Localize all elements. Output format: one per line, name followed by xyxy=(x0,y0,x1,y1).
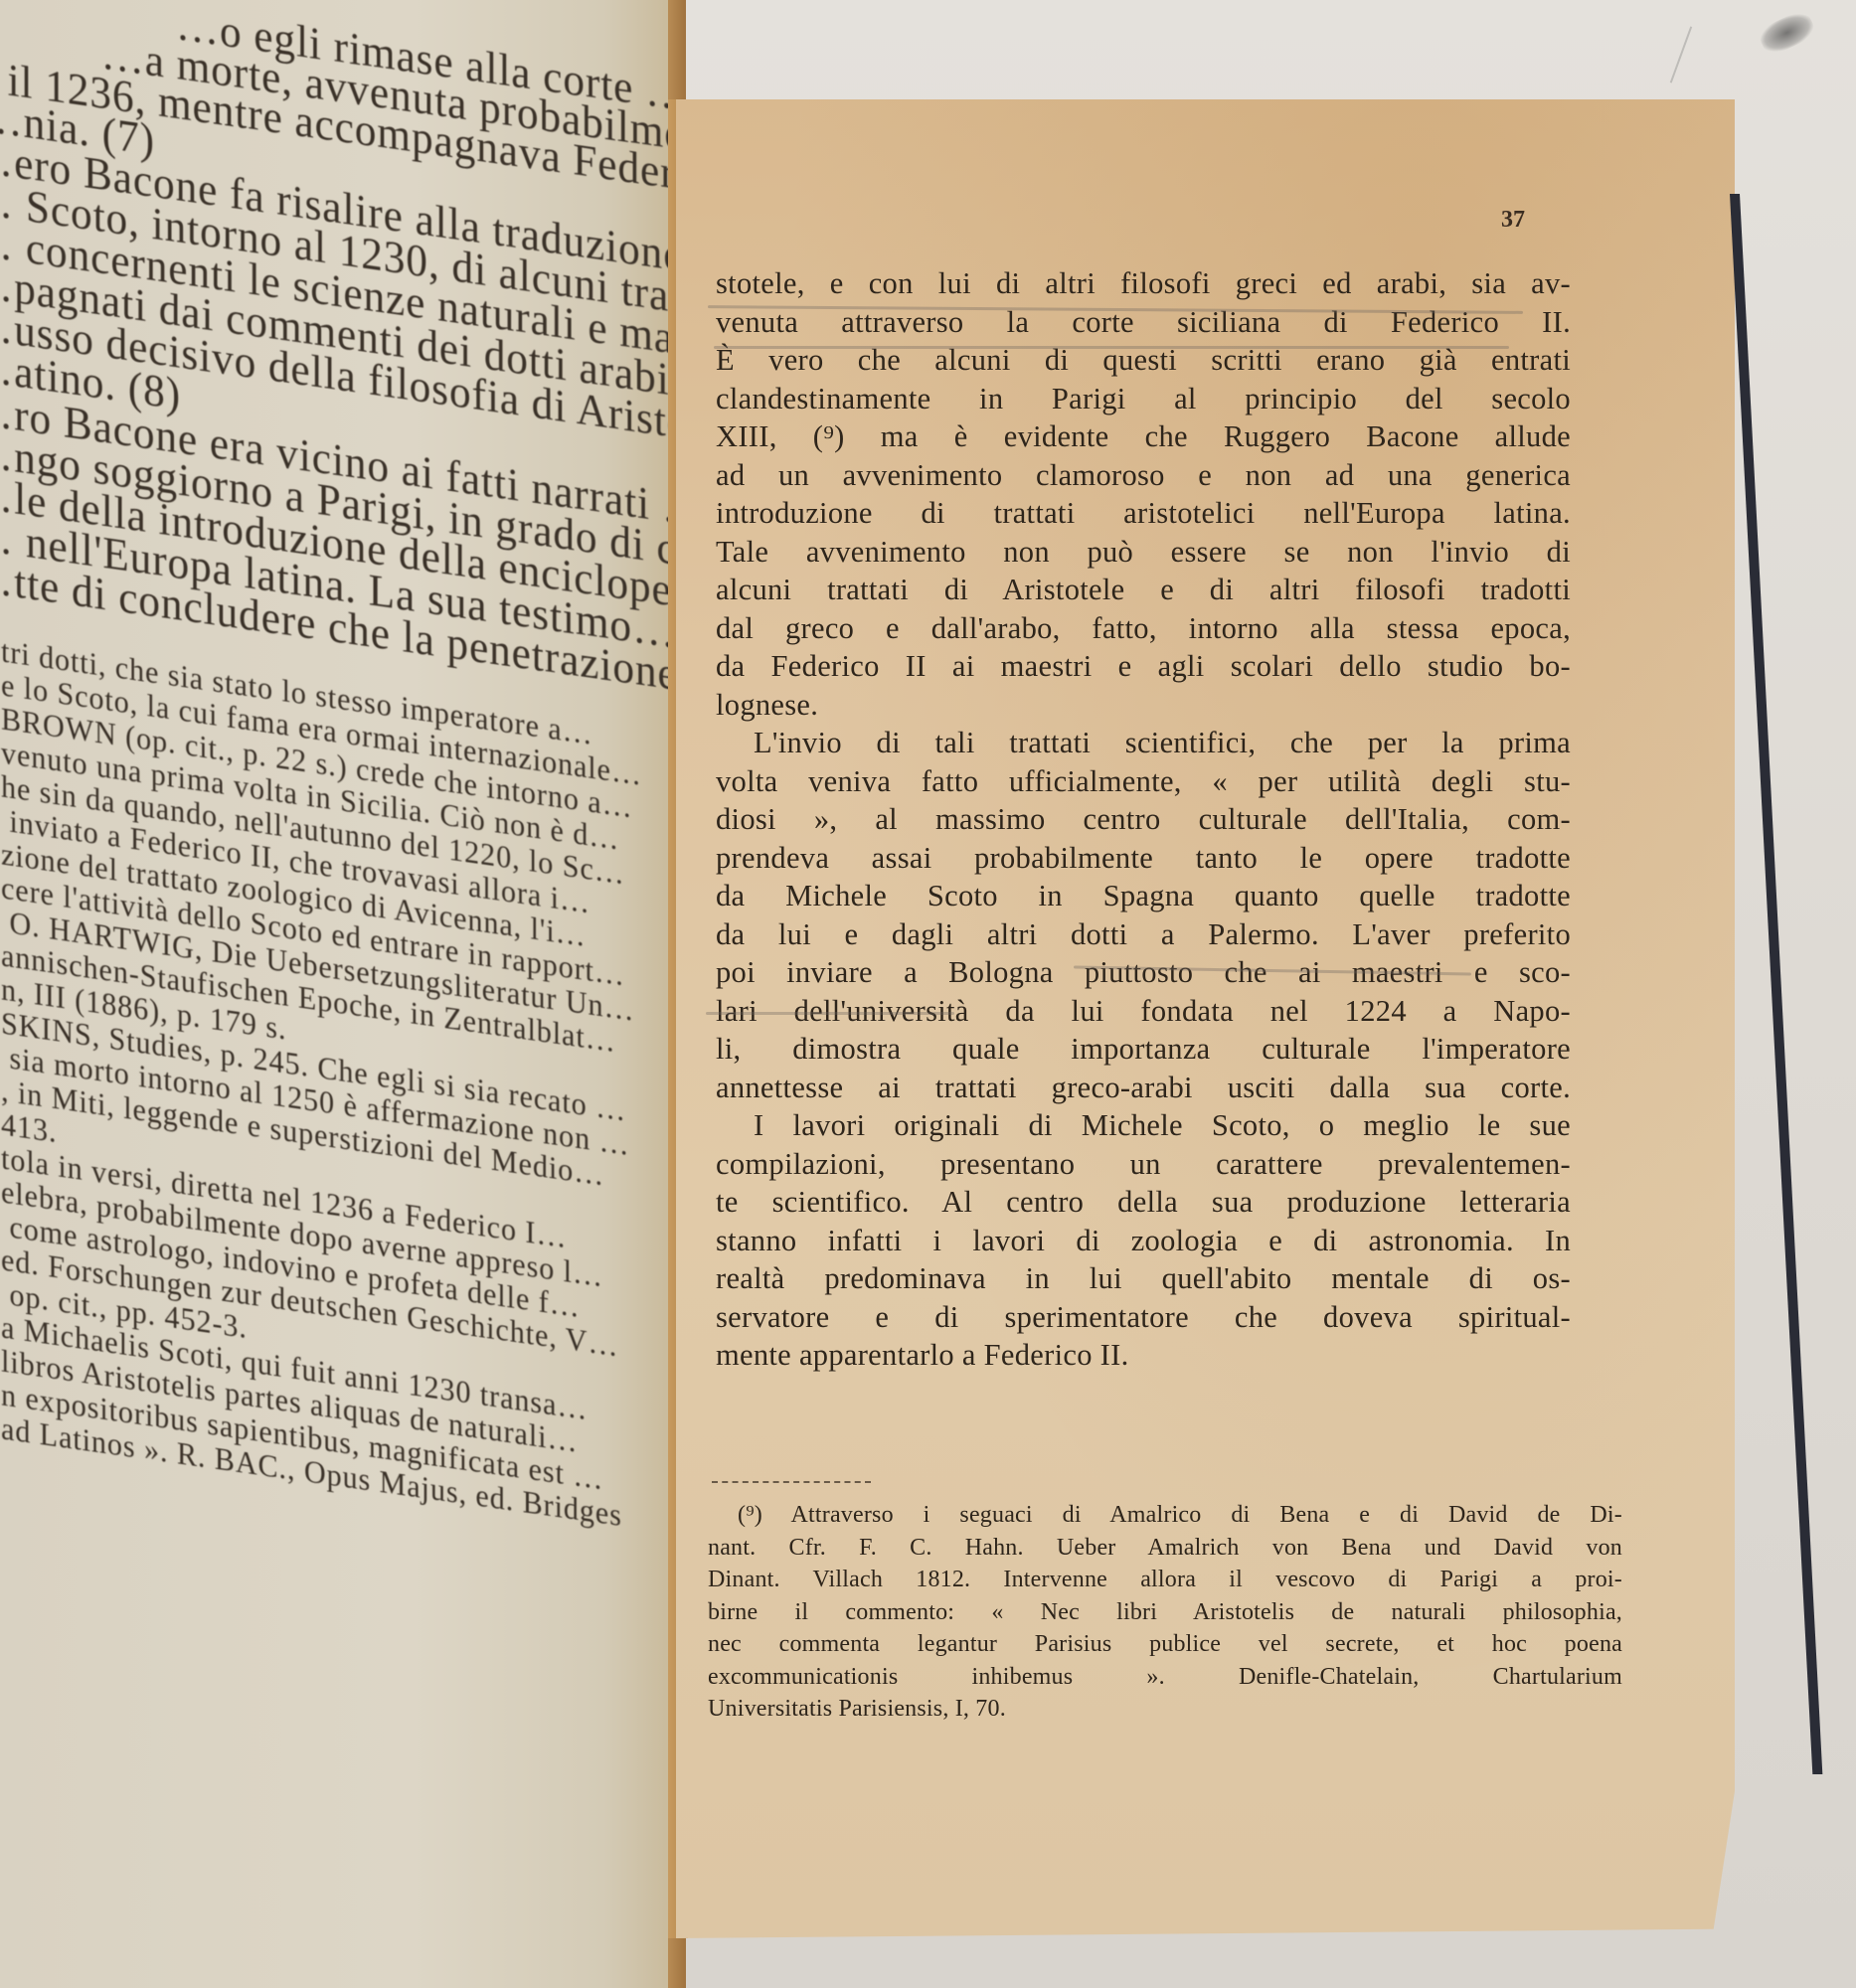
text-line: compilazioni, presentano un carattere pr… xyxy=(716,1145,1571,1184)
text-line: dal greco e dall'arabo, fatto, intorno a… xyxy=(716,609,1571,648)
footnote-line: Universitatis Parisiensis, I, 70. xyxy=(708,1693,1622,1726)
text-line: mente apparentarlo a Federico II. xyxy=(716,1336,1571,1375)
left-page-text: …o egli rimase alla corte … tardi con la… xyxy=(0,0,680,89)
text-line: te scientifico. Al centro della sua prod… xyxy=(716,1183,1571,1222)
text-line: da Michele Scoto in Spagna quanto quelle… xyxy=(716,877,1571,915)
footnote-9: (⁹) Attraverso i seguaci di Amalrico di … xyxy=(708,1499,1622,1726)
paragraph-1: stotele, e con lui di altri filosofi gre… xyxy=(716,264,1571,724)
text-line: li, dimostra quale importanza culturale … xyxy=(716,1030,1571,1069)
text-line: prendeva assai probabilmente tanto le op… xyxy=(716,839,1571,878)
text-line: realtà predominava in lui quell'abito me… xyxy=(716,1259,1571,1298)
pencil-underline xyxy=(714,346,1509,349)
text-line: lari dell'università da lui fondata nel … xyxy=(716,992,1571,1031)
text-line: volta veniva fatto ufficialmente, « per … xyxy=(716,762,1571,801)
text-line: servatore e di sperimentatore che doveva… xyxy=(716,1298,1571,1337)
right-page-body: stotele, e con lui di altri filosofi gre… xyxy=(716,264,1571,1375)
page-number: 37 xyxy=(1501,207,1525,234)
footnote-line: nec commenta legantur Parisius publice v… xyxy=(708,1628,1622,1661)
text-line: L'invio di tali trattati scientifici, ch… xyxy=(716,724,1571,762)
text-line: clandestinamente in Parigi al principio … xyxy=(716,380,1571,418)
footnote-line: excommunicationis inhibemus ». Denifle-C… xyxy=(708,1661,1622,1694)
text-line: da Federico II ai maestri e agli scolari… xyxy=(716,647,1571,686)
text-line: stotele, e con lui di altri filosofi gre… xyxy=(716,264,1571,303)
footnote-marker: (⁹) xyxy=(738,1502,762,1528)
text-line: lognese. xyxy=(716,686,1571,725)
footnote-text: Attraverso i seguaci di Amalrico di Bena… xyxy=(791,1502,1622,1528)
text-line: alcuni trattati di Aristotele e di altri… xyxy=(716,571,1571,609)
text-line: I lavori originali di Michele Scoto, o m… xyxy=(716,1106,1571,1145)
footnote-line: birne il commento: « Nec libri Aristotel… xyxy=(708,1596,1622,1629)
text-line: introduzione di trattati aristotelici ne… xyxy=(716,494,1571,533)
text-line: Tale avvenimento non può essere se non l… xyxy=(716,533,1571,572)
paragraph-3: I lavori originali di Michele Scoto, o m… xyxy=(716,1106,1571,1375)
text-line: da lui e dagli altri dotti a Palermo. L'… xyxy=(716,915,1571,954)
footnote-separator xyxy=(712,1481,871,1483)
text-line: stanno infatti i lavori di zoologia e di… xyxy=(716,1222,1571,1260)
footnote-line: (⁹) Attraverso i seguaci di Amalrico di … xyxy=(708,1499,1622,1532)
footnote-line: Dinant. Villach 1812. Intervenne allora … xyxy=(708,1564,1622,1596)
footnote-line: nant. Cfr. F. C. Hahn. Ueber Amalrich vo… xyxy=(708,1532,1622,1565)
text-line: annettesse ai trattati greco-arabi uscit… xyxy=(716,1069,1571,1107)
text-line: XIII, (⁹) ma è evidente che Ruggero Baco… xyxy=(716,417,1571,456)
pencil-underline xyxy=(706,1012,954,1015)
left-page: …o egli rimase alla corte … tardi con la… xyxy=(0,0,686,1988)
paragraph-2: L'invio di tali trattati scientifici, ch… xyxy=(716,724,1571,1106)
text-line: diosi », al massimo centro culturale del… xyxy=(716,800,1571,839)
text-line: ad un avvenimento clamoroso e non ad una… xyxy=(716,456,1571,495)
